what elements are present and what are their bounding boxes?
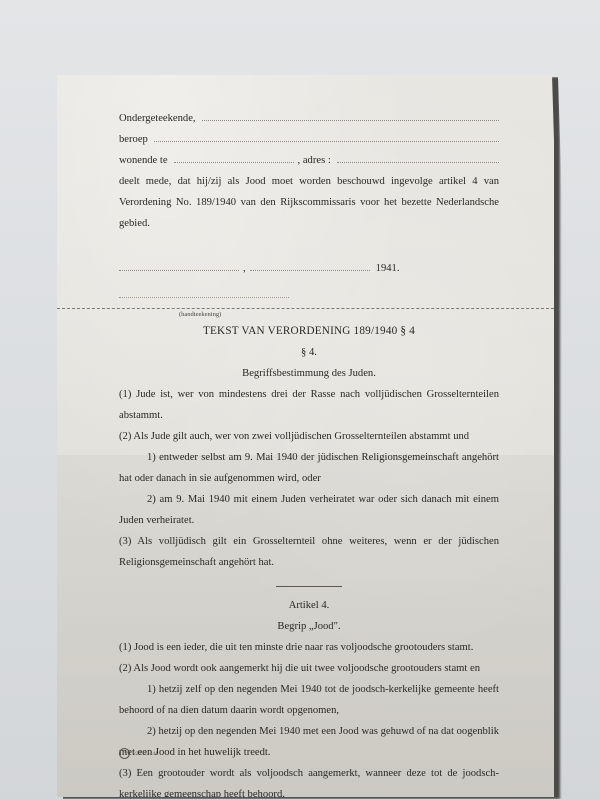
dutch-paragraph-2-item-2: 2) hetzij op den negenden Mei 1940 met e… — [119, 721, 499, 763]
printer-logo-icon: A — [119, 748, 130, 759]
printer-code: 22792 - '41 — [133, 751, 158, 757]
date-separator: , — [243, 258, 246, 279]
german-paragraph-3: (3) Als volljüdisch gilt ein Grosseltern… — [119, 531, 499, 573]
document-page: Ondergeteekende, beroep wonende te , adr… — [57, 75, 554, 797]
declaration-form: Ondergeteekende, beroep wonende te , adr… — [119, 108, 499, 234]
section-divider — [276, 586, 342, 587]
dutch-section-heading: Artikel 4. — [119, 595, 499, 616]
ordinance-text: TEKST VAN VERORDENING 189/1940 § 4 § 4. … — [119, 321, 499, 797]
residence-field-row: wonende te , adres : — [119, 150, 499, 171]
address-label: , adres : — [298, 150, 331, 171]
occupation-label: beroep — [119, 129, 148, 150]
german-paragraph-2-item-2: 2) am 9. Mai 1940 mit einem Juden verhei… — [119, 489, 499, 531]
place-blank-line — [119, 261, 239, 271]
dutch-paragraph-2-item-1: 1) hetzij zelf op den negenden Mei 1940 … — [119, 679, 499, 721]
name-blank-line — [202, 111, 499, 121]
german-paragraph-2-item-1: 1) entweder selbst am 9. Mai 1940 der jü… — [119, 447, 499, 489]
date-blank-line — [250, 261, 370, 271]
year-text: 1941. — [376, 258, 400, 279]
occupation-field-row: beroep — [119, 129, 499, 150]
name-label: Ondergeteekende, — [119, 108, 196, 129]
german-subtitle: Begriffsbestimmung des Juden. — [119, 363, 499, 384]
dutch-paragraph-2: (2) Als Jood wordt ook aangemerkt hij di… — [119, 658, 499, 679]
dutch-subtitle: Begrip „Jood". — [119, 616, 499, 637]
dutch-paragraph-1: (1) Jood is een ieder, die uit ten minst… — [119, 637, 499, 658]
signature-blank-line — [119, 297, 289, 298]
signature-label: (handteekening) — [179, 311, 221, 319]
name-field-row: Ondergeteekende, — [119, 108, 499, 129]
occupation-blank-line — [154, 132, 499, 142]
german-section-heading: § 4. — [119, 342, 499, 363]
perforation-line — [57, 308, 554, 309]
ordinance-title: TEKST VAN VERORDENING 189/1940 § 4 — [119, 321, 499, 342]
residence-blank-line — [174, 153, 294, 163]
dutch-paragraph-3: (3) Een grootouder wordt als voljoodsch … — [119, 763, 499, 797]
printer-mark: A 22792 - '41 — [119, 748, 158, 759]
german-paragraph-1: (1) Jude ist, wer von mindestens drei de… — [119, 384, 499, 426]
declaration-text: deelt mede, dat hij/zij als Jood moet wo… — [119, 171, 499, 234]
address-blank-line — [337, 153, 499, 163]
german-paragraph-2: (2) Als Jude gilt auch, wer von zwei vol… — [119, 426, 499, 447]
date-row: , 1941. — [119, 258, 499, 279]
residence-label: wonende te — [119, 150, 168, 171]
